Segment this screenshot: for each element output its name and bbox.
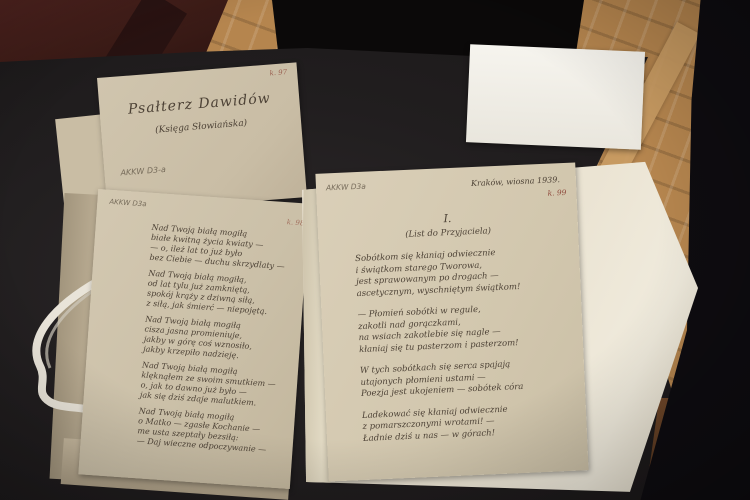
letter-dateline: Kraków, wiosna 1939. [471,175,560,188]
letter-archival-mark: AKKW D3a [326,182,366,193]
poem-stanza-1: Nad Twoją białą mogiłą białe kwitną życi… [149,223,287,272]
letter-stanza-1: Sobótkom się kłaniaj odwiecznie i świątk… [355,247,521,300]
photograph: k. 97 Psałterz Dawidów (Księga Słowiańsk… [0,0,750,500]
letter-folio-number: k. 99 [547,188,566,198]
letter-stanza-3: W tych sobótkach się serca spajają utajo… [360,359,525,401]
cover-folio-number: k. 97 [269,68,287,77]
poem-archival-mark: AKKW D3a [109,198,147,209]
cover-subtitle: (Księga Słowiańska) [101,114,301,140]
poem-page: AKKW D3a k. 98 Nad Twoją białą mogiłą bi… [78,189,309,489]
letter-page: AKKW D3a Kraków, wiosna 1939. k. 99 I. (… [315,162,588,481]
cover-title: Psałterz Dawidów [99,88,300,120]
white-backing-sheet [466,44,645,150]
letter-stanza-4: Ladekować się kłaniaj odwiecznie z pomar… [362,403,527,445]
poem-text: Nad Twoją białą mogiłą białe kwitną życi… [136,223,287,462]
poem-stanza-3: Nad Twoją białą mogiłą cisza jasna promi… [143,315,281,364]
poem-stanza-4: Nad Twoją białą mogiłą klęknąłem ze swoi… [140,360,278,409]
cover-archival-mark: AKKW D3-a [120,165,166,178]
letter-stanza-2: — Płomień sobótki w regule, zakotli nad … [357,303,523,356]
poem-folio-number: k. 98 [286,218,304,227]
letter-text: Sobótkom się kłaniaj odwiecznie i świątk… [355,247,528,455]
poem-stanza-5: Nad Twoją białą mogiłą o Matko — zgasłe … [136,406,274,455]
poem-stanza-2: Nad Twoją białą mogiłą, od lat tylu już … [146,269,284,318]
